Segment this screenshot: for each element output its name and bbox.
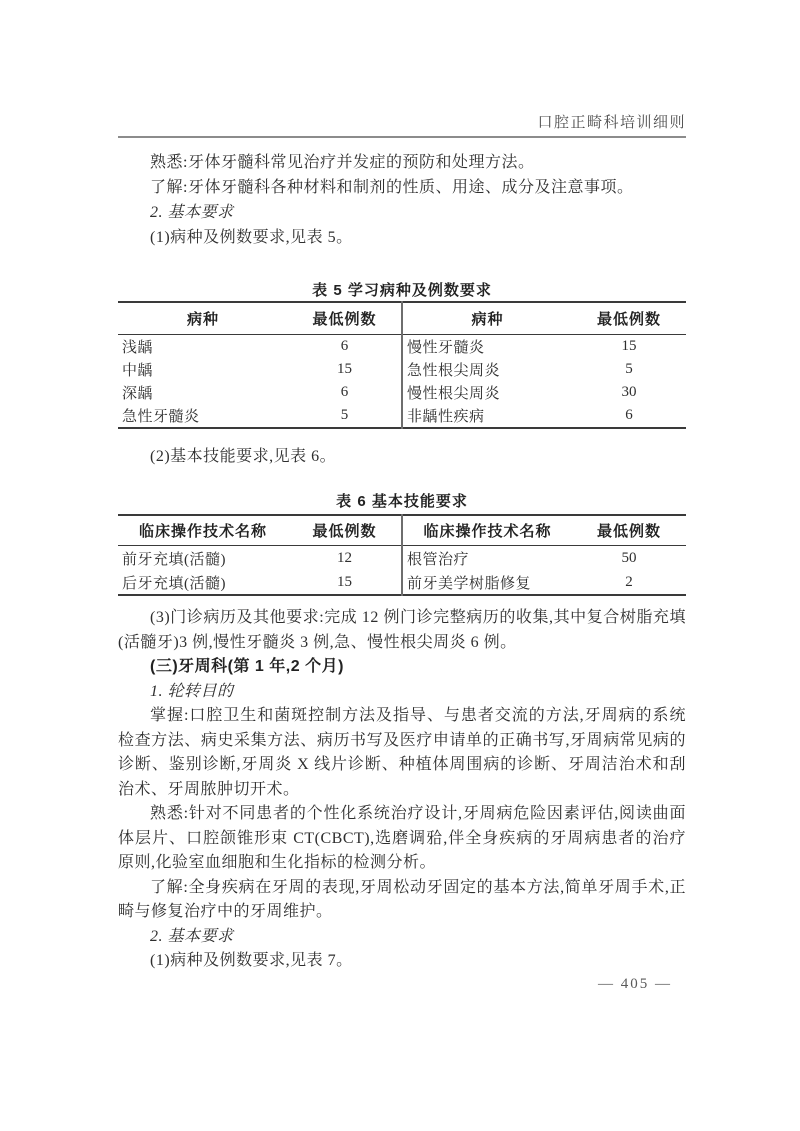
table-cell-count: 5: [288, 404, 402, 428]
table-cell-count: 5: [572, 358, 686, 381]
table-row: 后牙充填(活髓) 15 前牙美学树脂修复 2: [118, 570, 686, 595]
paragraph-familiar-periodontics: 熟悉:针对不同患者的个性化系统治疗设计,牙周病危险因素评估,阅读曲面体层片、口腔…: [118, 802, 686, 876]
table-row: 前牙充填(活髓) 12 根管治疗 50: [118, 546, 686, 571]
table-cell-disease: 慢性牙髓炎: [402, 335, 572, 359]
table6-header-technique-left: 临床操作技术名称: [118, 515, 288, 546]
table-row: 深龋 6 慢性根尖周炎 30: [118, 381, 686, 404]
table-cell-disease: 急性根尖周炎: [402, 358, 572, 381]
table6-header-technique-right: 临床操作技术名称: [402, 515, 572, 546]
table6-title: 表 6 基本技能要求: [118, 490, 686, 511]
paragraph-skill-requirement-table6: (2)基本技能要求,见表 6。: [118, 444, 686, 469]
periodontics-block: (3)门诊病历及其他要求:完成 12 例门诊完整病历的收集,其中复合树脂充填(活…: [118, 606, 686, 974]
heading-rotation-purpose: 1. 轮转目的: [118, 680, 686, 705]
table-cell-technique: 前牙美学树脂修复: [402, 570, 572, 595]
table5-title: 表 5 学习病种及例数要求: [118, 279, 686, 300]
table-row: 浅龋 6 慢性牙髓炎 15: [118, 335, 686, 359]
intro-block: 熟悉:牙体牙髓科常见治疗并发症的预防和处理方法。 了解:牙体牙髓科各种材料和制剂…: [118, 150, 686, 250]
table-cell-count: 6: [288, 335, 402, 359]
heading-basic-requirements-1: 2. 基本要求: [118, 200, 686, 225]
table-cell-disease: 非龋性疾病: [402, 404, 572, 428]
table6-header-row: 临床操作技术名称 最低例数 临床操作技术名称 最低例数: [118, 515, 686, 546]
table-cell-count: 15: [288, 358, 402, 381]
table-cell-count: 6: [288, 381, 402, 404]
heading-periodontics-section: (三)牙周科(第 1 年,2 个月): [118, 655, 686, 680]
table-cell-technique: 后牙充填(活髓): [118, 570, 288, 595]
running-header: 口腔正畸科培训细则: [118, 111, 686, 132]
table-cell-count: 15: [572, 335, 686, 359]
table-cell-count: 50: [572, 546, 686, 571]
table-cell-count: 6: [572, 404, 686, 428]
table5: 病种 最低例数 病种 最低例数 浅龋 6 慢性牙髓炎 15 中龋 15 急性根尖…: [118, 301, 686, 429]
table-cell-technique: 根管治疗: [402, 546, 572, 571]
table6: 临床操作技术名称 最低例数 临床操作技术名称 最低例数 前牙充填(活髓) 12 …: [118, 514, 686, 596]
table-row: 急性牙髓炎 5 非龋性疾病 6: [118, 404, 686, 428]
table5-header-min-cases-left: 最低例数: [288, 302, 402, 335]
paragraph-master-periodontics: 掌握:口腔卫生和菌斑控制方法及指导、与患者交流的方法,牙周病的系统检查方法、病史…: [118, 704, 686, 802]
table6-header-min-cases-left: 最低例数: [288, 515, 402, 546]
table-cell-disease: 急性牙髓炎: [118, 404, 288, 428]
table-cell-disease: 慢性根尖周炎: [402, 381, 572, 404]
paragraph-understand-periodontics: 了解:全身疾病在牙周的表现,牙周松动牙固定的基本方法,简单牙周手术,正畸与修复治…: [118, 876, 686, 925]
document-page: 口腔正畸科培训细则 熟悉:牙体牙髓科常见治疗并发症的预防和处理方法。 了解:牙体…: [0, 0, 800, 1131]
paragraph-clinic-record-requirement: (3)门诊病历及其他要求:完成 12 例门诊完整病历的收集,其中复合树脂充填(活…: [118, 606, 686, 655]
table-cell-disease: 深龋: [118, 381, 288, 404]
table-cell-disease: 浅龋: [118, 335, 288, 359]
table-cell-disease: 中龋: [118, 358, 288, 381]
heading-basic-requirements-2: 2. 基本要求: [118, 925, 686, 950]
paragraph-understand-endodontics: 了解:牙体牙髓科各种材料和制剂的性质、用途、成分及注意事项。: [118, 175, 686, 200]
header-rule: [118, 136, 686, 138]
table5-header-min-cases-right: 最低例数: [572, 302, 686, 335]
table-cell-count: 2: [572, 570, 686, 595]
table-cell-count: 12: [288, 546, 402, 571]
mid-block: (2)基本技能要求,见表 6。: [118, 444, 686, 469]
table-row: 中龋 15 急性根尖周炎 5: [118, 358, 686, 381]
table-cell-count: 30: [572, 381, 686, 404]
table5-header-disease-left: 病种: [118, 302, 288, 335]
page-number: — 405 —: [118, 976, 686, 993]
paragraph-familiar-endodontics: 熟悉:牙体牙髓科常见治疗并发症的预防和处理方法。: [118, 150, 686, 175]
table6-header-min-cases-right: 最低例数: [572, 515, 686, 546]
table5-header-row: 病种 最低例数 病种 最低例数: [118, 302, 686, 335]
table-cell-count: 15: [288, 570, 402, 595]
table-cell-technique: 前牙充填(活髓): [118, 546, 288, 571]
paragraph-case-requirement-table5: (1)病种及例数要求,见表 5。: [118, 225, 686, 250]
table5-header-disease-right: 病种: [402, 302, 572, 335]
paragraph-case-requirement-table7: (1)病种及例数要求,见表 7。: [118, 949, 686, 974]
